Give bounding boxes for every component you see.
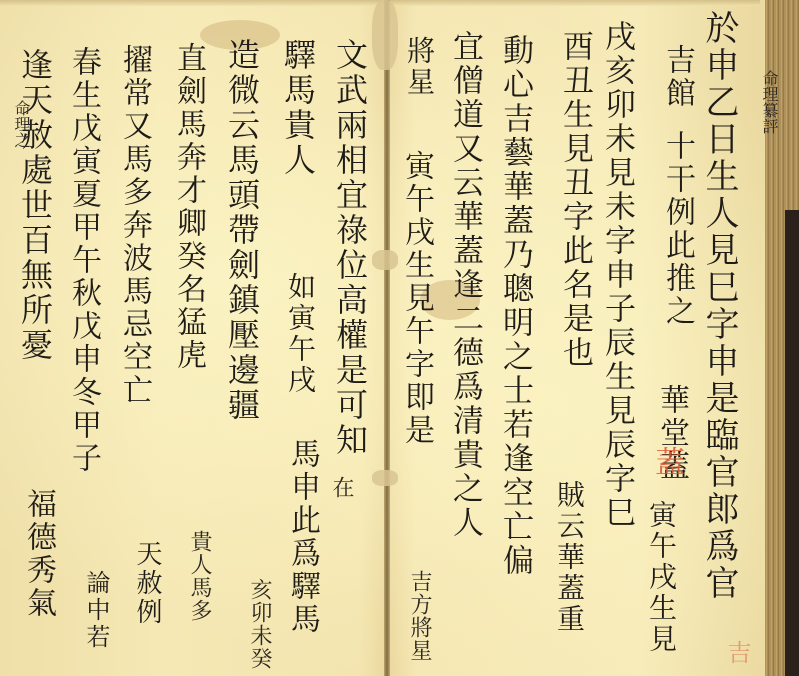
text-column: 寅午戌生見 xyxy=(640,500,682,655)
text-column: 酉丑生見丑字此名是也 xyxy=(556,30,594,370)
text-column: 逢天赦處世百無所憂 xyxy=(14,48,56,363)
text-column: 宜僧道又云華蓋逢二德爲清貴之人 xyxy=(446,30,484,540)
text-column: 於申乙日生人見巳字申是臨官郎爲官 xyxy=(698,10,740,602)
text-column: 貴人馬多 xyxy=(178,530,220,622)
text-column: 吉館 xyxy=(656,44,698,110)
text-column: 寅午戌生見午字即是 xyxy=(396,150,436,447)
page-gutter xyxy=(384,0,390,676)
manuscript-spread: 命理纂評 於申乙日生人見巳字申是臨官郎爲官 吉館 十干例此推之 華堂蓋 寅午戌生… xyxy=(0,0,799,676)
text-column: 造微云馬頭帶劍鎮壓邊疆 xyxy=(222,38,262,423)
text-column: 文武兩相宜祿位高權是可知 xyxy=(330,38,370,458)
text-column: 天赦例 xyxy=(130,540,164,627)
text-column: 戌亥卯未見未字申子辰生見辰字巳 xyxy=(598,20,636,530)
text-column: 將星 xyxy=(398,36,440,98)
red-seal-mark: 吉 xyxy=(720,640,755,664)
text-column: 論中若 xyxy=(80,570,112,651)
text-column: 賊云華蓋重 xyxy=(548,480,590,635)
text-column: 福德秀氣 xyxy=(18,488,58,620)
text-column: 亥卯未癸 xyxy=(238,578,280,670)
text-column: 馬申此爲驛馬 xyxy=(282,438,322,636)
scan-background xyxy=(785,210,799,676)
text-column: 十干例此推之 xyxy=(656,130,698,328)
wormhole-damage xyxy=(372,250,398,270)
wormhole-damage xyxy=(372,470,398,486)
text-column: 動心吉藝華蓋乃聰明之士若逢空亡偏 xyxy=(496,34,534,578)
text-column: 直劍馬奔才卿癸名猛虎 xyxy=(170,42,206,372)
text-column: 如寅午戌 xyxy=(280,272,320,396)
red-seal-mark: 蓋 xyxy=(644,446,688,476)
text-column: 吉方將星 xyxy=(398,570,440,662)
text-column: 擢常又馬多奔波馬忌空亡 xyxy=(116,44,152,407)
margin-title: 命理纂評 xyxy=(748,70,790,134)
text-column: 驛馬貴人 xyxy=(278,38,318,178)
wormhole-damage xyxy=(372,0,398,70)
text-column: 在 xyxy=(320,476,362,499)
text-column: 春生戊寅夏甲午秋戊申冬甲子 xyxy=(66,46,100,475)
margin-note: 命理之 xyxy=(0,100,42,148)
